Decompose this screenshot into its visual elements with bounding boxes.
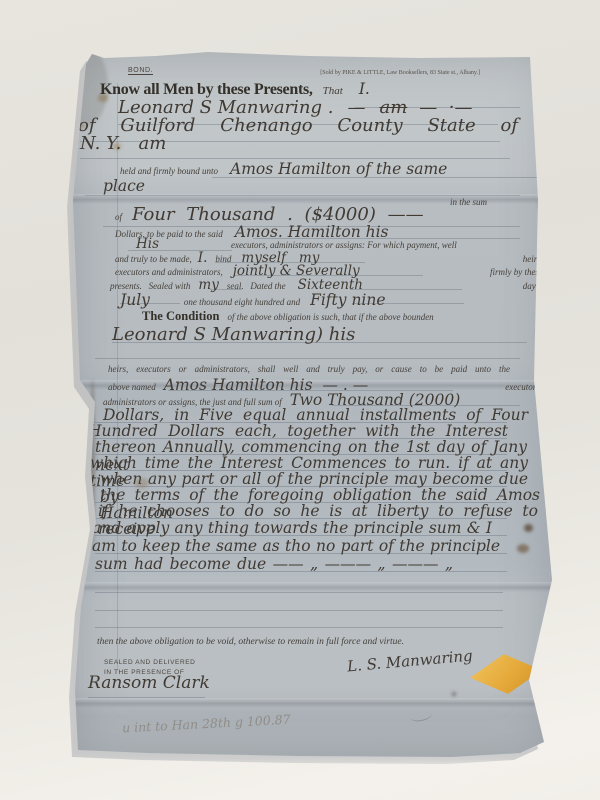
body-line: and apply any thing towards the principl… [92,519,492,537]
month-hand: July [120,291,150,309]
body-line: sum had become due —— „ ——— „ ——— „ [95,555,453,573]
printer-imprint: [Sold by PIKE & LITTLE, Law Booksellers,… [298,70,480,76]
body-line: am to keep the same as tho no part of th… [92,537,500,555]
ruled-line [95,610,503,611]
ruled-line [95,627,503,628]
amount-words: Four Thousand . ($4000) —— [132,204,424,225]
executors-label: executors, administrators or assigns: Fo… [231,240,457,250]
witness-signature: Ransom Clark [88,673,210,693]
presents-label: presents. Sealed with [110,281,190,291]
seal-label: seal. Dated the [227,281,286,291]
date-line: July one thousand eight hundred and Fift… [120,291,386,309]
ruled-line [80,158,510,159]
year-label: one thousand eight hundred and [184,297,300,307]
condition-blackletter: The Condition [142,309,219,324]
execadmin-label: executors and administrators, [115,267,223,277]
form-plate-bond: BOND. [128,67,153,75]
condition-heading-line: The Condition of the above obligation is… [142,309,434,324]
paper-stain [517,544,529,553]
dayof-label: day of [523,281,545,291]
obligee-name: Amos Hamilton of the same [230,160,447,178]
place-line: place [103,177,145,195]
amount-line: of Four Thousand . ($4000) —— [115,204,424,225]
closing-clause: then the above obligation to be void, ot… [97,637,404,647]
ruled-line [95,592,503,593]
bond-document-paper: BOND. [Sold by PIKE & LITTLE, Law Bookse… [68,50,555,758]
paper-stain [452,692,456,696]
bound-label: held and firmly bound unto [120,166,218,176]
wafer-seal [468,650,544,697]
obligor-i: I. [359,80,370,98]
exec-label: executors, [505,382,542,392]
bounden-name-line: Leonard S Manwaring) his [112,324,355,345]
firmly-label: firmly by these [490,267,543,277]
sealed-line1: SEALED AND DELIVERED [104,658,195,668]
year-hand: Fifty nine [310,291,385,309]
of-label: of [115,212,122,222]
ruled-line [95,358,520,359]
pencil-scribble [409,708,433,723]
condition-clause: of the above obligation is such, that if… [227,312,433,322]
heirs-clause-line: heirs, executors or administrators, shal… [108,364,510,374]
fold-crease [68,698,555,708]
fold-crease [68,582,555,592]
bound-line: held and firmly bound unto Amos Hamilton… [120,160,447,178]
obligor-signature: L. S. Manwaring [346,647,473,676]
photo-backdrop: BOND. [Sold by PIKE & LITTLE, Law Bookse… [0,0,600,800]
in-the-sum-label: in the sum [450,197,487,207]
that-label: That [323,85,343,97]
state-line: N. Y. am [80,133,166,154]
bond-label: BOND. [128,67,153,75]
paper-stain [538,202,544,208]
pencil-docket: u int to Han 28th g 100.87 [122,712,291,736]
